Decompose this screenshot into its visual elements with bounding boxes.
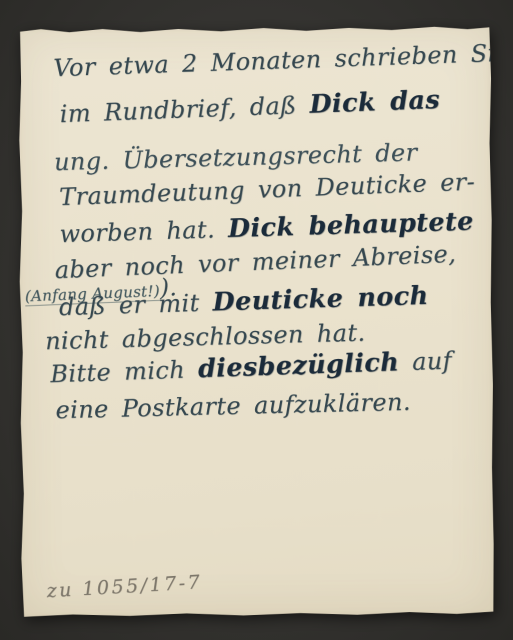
- letter-paper: Vor etwa 2 Monaten schrieben Sie im Rund…: [17, 26, 495, 618]
- archival-number-note: zu 1055/17-7: [46, 571, 203, 602]
- handwriting-text: Vor etwa 2 Monaten schrieben Sie: [53, 39, 511, 83]
- handwriting-text: daß er mit: [59, 289, 214, 322]
- handwriting-text-emphasis: Dick behauptete: [228, 206, 475, 243]
- handwriting-line-10: eine Postkarte aufzuklären.: [55, 386, 411, 424]
- handwriting-text: eine Postkarte aufzuklären.: [55, 388, 411, 424]
- handwriting-text: im Rundbrief, daß: [59, 91, 310, 128]
- handwriting-text: auf: [399, 347, 453, 377]
- handwriting-line-2: im Rundbrief, daß Dick das: [59, 84, 440, 128]
- letter-paper-shadow: Vor etwa 2 Monaten schrieben Sie im Rund…: [17, 26, 495, 618]
- handwriting-text-emphasis: Dick das: [309, 84, 441, 119]
- handwriting-text: [510, 39, 511, 67]
- handwriting-text-emphasis: Deuticke noch: [212, 280, 429, 317]
- photograph-background: Vor etwa 2 Monaten schrieben Sie im Rund…: [0, 0, 513, 640]
- handwriting-text: Bitte mich: [50, 355, 199, 388]
- handwriting-text: worben hat.: [59, 215, 228, 248]
- handwriting-line-1: Vor etwa 2 Monaten schrieben Sie: [53, 37, 511, 83]
- handwriting-text-emphasis: [510, 37, 511, 67]
- handwriting-text-emphasis: diesbezüglich: [198, 346, 400, 383]
